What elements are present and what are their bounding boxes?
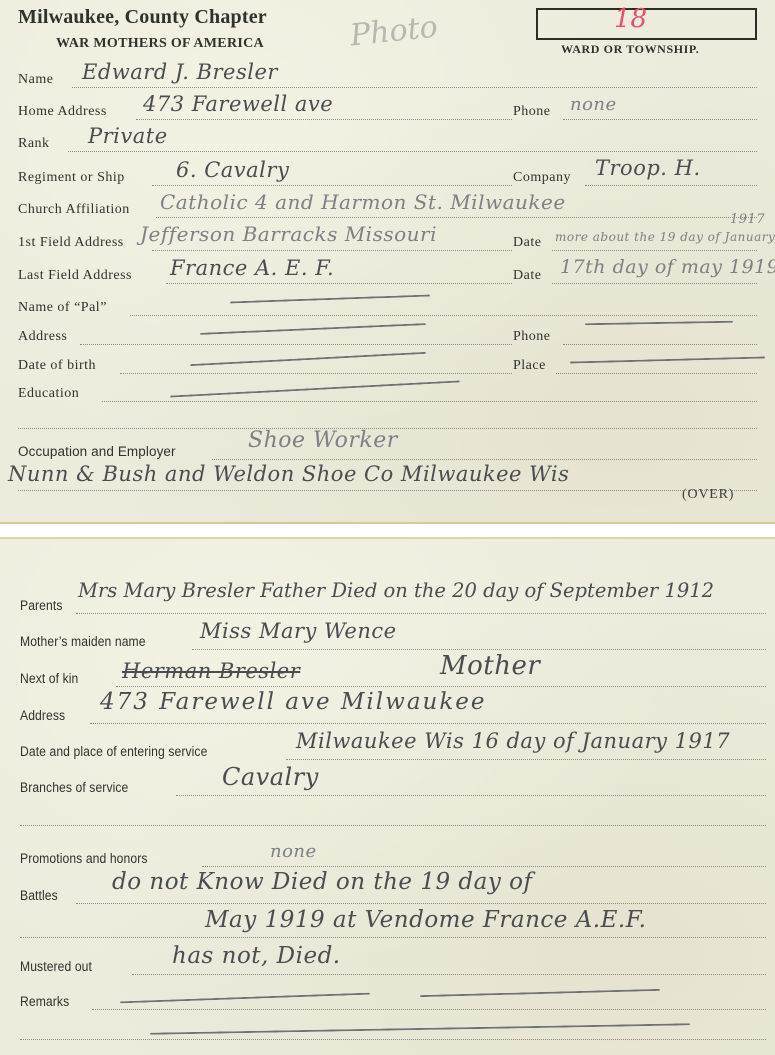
ward-value: 18 — [614, 4, 647, 34]
occupation-line — [212, 459, 757, 460]
mothers-maiden-name-value: Miss Mary Wence — [200, 619, 397, 643]
promotions-value: none — [270, 841, 317, 862]
name-line — [72, 87, 757, 88]
name-value: Edward J. Bresler — [82, 60, 278, 84]
parents-value: Mrs Mary Bresler Father Died on the 20 d… — [78, 579, 714, 602]
regiment-value: 6. Cavalry — [176, 158, 289, 182]
pal-name-line — [130, 315, 757, 316]
remarks-dash-2 — [420, 989, 660, 997]
first-field-date-line — [552, 250, 757, 251]
branches-value: Cavalry — [222, 763, 319, 791]
home-address-value: 473 Farewell ave — [143, 92, 333, 116]
occupation-line-2 — [18, 490, 757, 491]
mothers-maiden-name-line — [192, 649, 766, 650]
ward-label: WARD OR TOWNSHIP. — [561, 42, 699, 57]
next-of-kin-value: Mother — [440, 651, 540, 681]
date-of-birth-dash — [190, 352, 426, 366]
kin-address-value: 473 Farewell ave Milwaukee — [100, 689, 487, 715]
over-label: (OVER) — [682, 487, 734, 503]
mustered-out-line — [132, 974, 766, 975]
occupation-value: Shoe Worker — [248, 428, 398, 453]
remarks-dash-3 — [150, 1023, 690, 1034]
first-field-date-year: 1917 — [730, 212, 765, 227]
battles-value: do not Know Died on the 19 day of — [112, 869, 533, 895]
remarks-line-2 — [20, 1039, 766, 1040]
parents-line — [76, 613, 766, 614]
pal-name-dash — [230, 295, 430, 304]
regiment-line — [152, 185, 512, 186]
front-card: Milwaukee, County Chapter WAR MOTHERS OF… — [0, 0, 775, 524]
pal-phone-dash — [585, 321, 733, 326]
phone-value: none — [570, 94, 617, 115]
church-line — [156, 217, 757, 218]
back-card: Parents Mrs Mary Bresler Father Died on … — [0, 537, 775, 1055]
first-field-address-value: Jefferson Barracks Missouri — [140, 222, 437, 246]
next-of-kin-struck-value: Herman Bresler — [122, 659, 300, 683]
branches-line-2 — [20, 825, 766, 826]
pal-address-dash — [200, 323, 426, 335]
photo-annotation: Photo — [348, 10, 439, 54]
remarks-line — [92, 1009, 766, 1010]
first-field-date-value: more about the 19 day of January — [555, 230, 775, 244]
education-dash — [170, 380, 460, 397]
church-value: Catholic 4 and Harmon St. Milwaukee — [160, 190, 566, 214]
last-field-date-value: 17th day of may 1919 — [560, 256, 775, 278]
rank-line — [68, 151, 757, 152]
education-line — [102, 401, 757, 402]
first-field-address-line — [152, 250, 512, 251]
home-address-line — [136, 119, 512, 120]
entering-service-line — [286, 759, 766, 760]
entering-service-value: Milwaukee Wis 16 day of January 1917 — [296, 729, 730, 753]
phone-line — [563, 119, 757, 120]
company-value: Troop. H. — [595, 156, 701, 180]
last-field-date-line — [552, 283, 757, 284]
battles-line-2 — [20, 937, 766, 938]
last-field-address-value: France A. E. F. — [170, 256, 334, 280]
promotions-line — [202, 866, 766, 867]
battles-line — [76, 903, 766, 904]
battles-value-line2: May 1919 at Vendome France A.E.F. — [205, 907, 646, 933]
kin-address-line — [90, 723, 766, 724]
place-dash — [570, 356, 765, 363]
last-field-address-line — [166, 283, 512, 284]
next-of-kin-line — [116, 686, 766, 687]
pal-address-line — [80, 344, 512, 345]
organization-subtitle: WAR MOTHERS OF AMERICA — [56, 36, 264, 52]
rank-value: Private — [88, 124, 168, 148]
place-label: Place — [513, 358, 546, 520]
date-of-birth-line — [120, 373, 512, 374]
place-line — [556, 373, 757, 374]
remarks-label: Remarks — [20, 994, 69, 1055]
pal-phone-line — [563, 344, 757, 345]
branches-line — [176, 795, 766, 796]
employer-value: Nunn & Bush and Weldon Shoe Co Milwaukee… — [8, 462, 569, 486]
mustered-out-value: has not, Died. — [172, 943, 341, 969]
company-line — [585, 185, 757, 186]
chapter-title: Milwaukee, County Chapter — [18, 6, 267, 29]
